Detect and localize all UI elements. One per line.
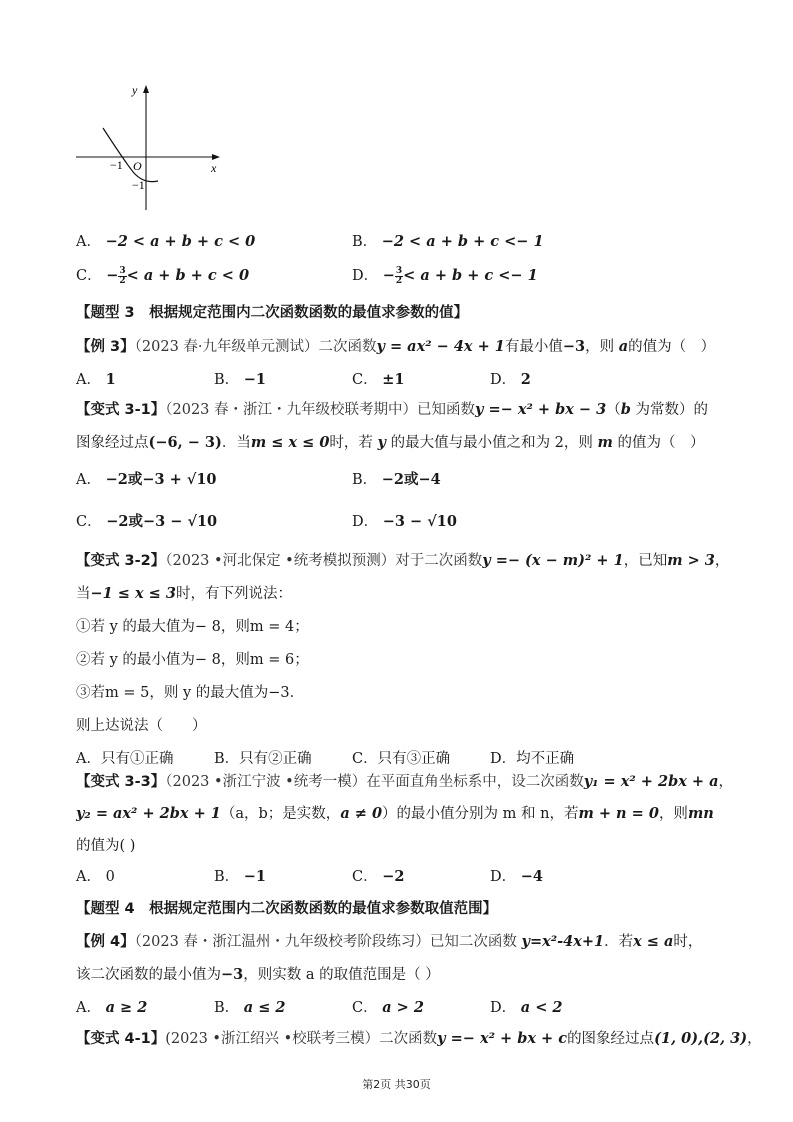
ex4-option-c: C． a > 2 (352, 998, 424, 1018)
ex3-option-c: C． ±1 (352, 370, 404, 390)
v31-option-b: B． −2或−4 (352, 470, 441, 490)
fraction: 32 (395, 267, 403, 286)
parabola-graph: y x O −1 −1 (70, 78, 230, 218)
x-axis-label: x (210, 161, 217, 175)
variant-3-3-stem-line1: 【变式 3-3】（2023 •浙江宁波 •统考一模）在平面直角坐标系中，设二次函… (76, 772, 733, 792)
example-4-stem-line2: 该二次函数的最小值为−3，则实数 a 的取值范围是（ ） (76, 965, 440, 985)
statement-1: ①若 y 的最大值为− 8，则m = 4； (76, 617, 309, 637)
variant-4-1-stem-line1: 【变式 4-1】(2023 •浙江绍兴 •校联考三模）二次函数y =− x² +… (76, 1029, 762, 1049)
v32-option-c: C．只有③正确 (352, 749, 450, 769)
variant-3-2-stem-line2: 当−1 ≤ x ≤ 3时，有下列说法： (76, 584, 292, 604)
document-page: y x O −1 −1 A． −2 < a + b + c < 0 B． −2 … (0, 0, 793, 1122)
example-4-stem-line1: 【例 4】（2023 春・浙江温州・九年级校考阶段练习）已知二次函数 y=x²-… (76, 932, 702, 952)
v32-option-b: B．只有②正确 (214, 749, 312, 769)
v33-option-b: B． −1 (214, 867, 266, 887)
v33-option-d: D． −4 (490, 867, 543, 887)
statement-3: ③若m = 5，则 y 的最大值为−3． (76, 683, 304, 703)
origin-label: O (133, 159, 142, 173)
ex4-option-a: A． a ≥ 2 (76, 998, 147, 1018)
variant-3-3-stem-line2: y₂ = ax² + 2bx + 1（a，b；是实数，a ≠ 0）的最小值分别为… (76, 804, 714, 824)
ex3-option-a: A． 1 (76, 370, 116, 390)
v32-option-a: A．只有①正确 (76, 749, 173, 769)
v31-option-d: D． −3 − √10 (352, 512, 457, 532)
option-b: B． −2 < a + b + c <− 1 (352, 232, 544, 252)
ex3-option-b: B． −1 (214, 370, 266, 390)
section-header-type4: 【题型 4 根据规定范围内二次函数函数的最值求参数取值范围】 (76, 899, 497, 919)
x-tick-label: −1 (110, 158, 123, 172)
page-footer: 第2页 共30页 (0, 1076, 793, 1092)
section-header-type3: 【题型 3 根据规定范围内二次函数函数的最值求参数的值】 (76, 303, 468, 323)
v33-option-a: A． 0 (76, 867, 115, 887)
fraction: 32 (118, 267, 126, 286)
y-tick-label: −1 (132, 178, 145, 192)
option-d: D． −32< a + b + c <− 1 (352, 266, 538, 286)
variant-3-2-stem-line1: 【变式 3-2】（2023 •河北保定 •统考模拟预测）对于二次函数y =− (… (76, 551, 729, 571)
v33-option-c: C． −2 (352, 867, 404, 887)
variant-3-2-question: 则上达说法（ ） (76, 716, 207, 736)
option-c: C． −32< a + b + c < 0 (76, 266, 249, 286)
ex4-option-b: B． a ≤ 2 (214, 998, 286, 1018)
option-a: A． −2 < a + b + c < 0 (76, 232, 255, 252)
variant-3-1-stem-line2: 图象经过点(−6, − 3)．当m ≤ x ≤ 0时，若 y 的最大值与最小值之… (76, 433, 704, 453)
ex3-option-d: D． 2 (490, 370, 531, 390)
ex4-option-d: D． a < 2 (490, 998, 562, 1018)
v31-option-c: C． −2或−3 − √10 (76, 512, 217, 532)
y-axis-label: y (131, 83, 138, 97)
v32-option-d: D．均不正确 (490, 749, 574, 769)
variant-3-1-stem-line1: 【变式 3-1】（2023 春・浙江・九年级校联考期中）已知函数y =− x² … (76, 400, 708, 420)
variant-3-3-stem-line3: 的值为( ) (76, 836, 135, 856)
example-3-stem: 【例 3】（2023 春·九年级单元测试）二次函数y = ax² − 4x + … (76, 337, 715, 357)
v31-option-a: A． −2或−3 + √10 (76, 470, 217, 490)
statement-2: ②若 y 的最小值为− 8，则m = 6； (76, 650, 309, 670)
